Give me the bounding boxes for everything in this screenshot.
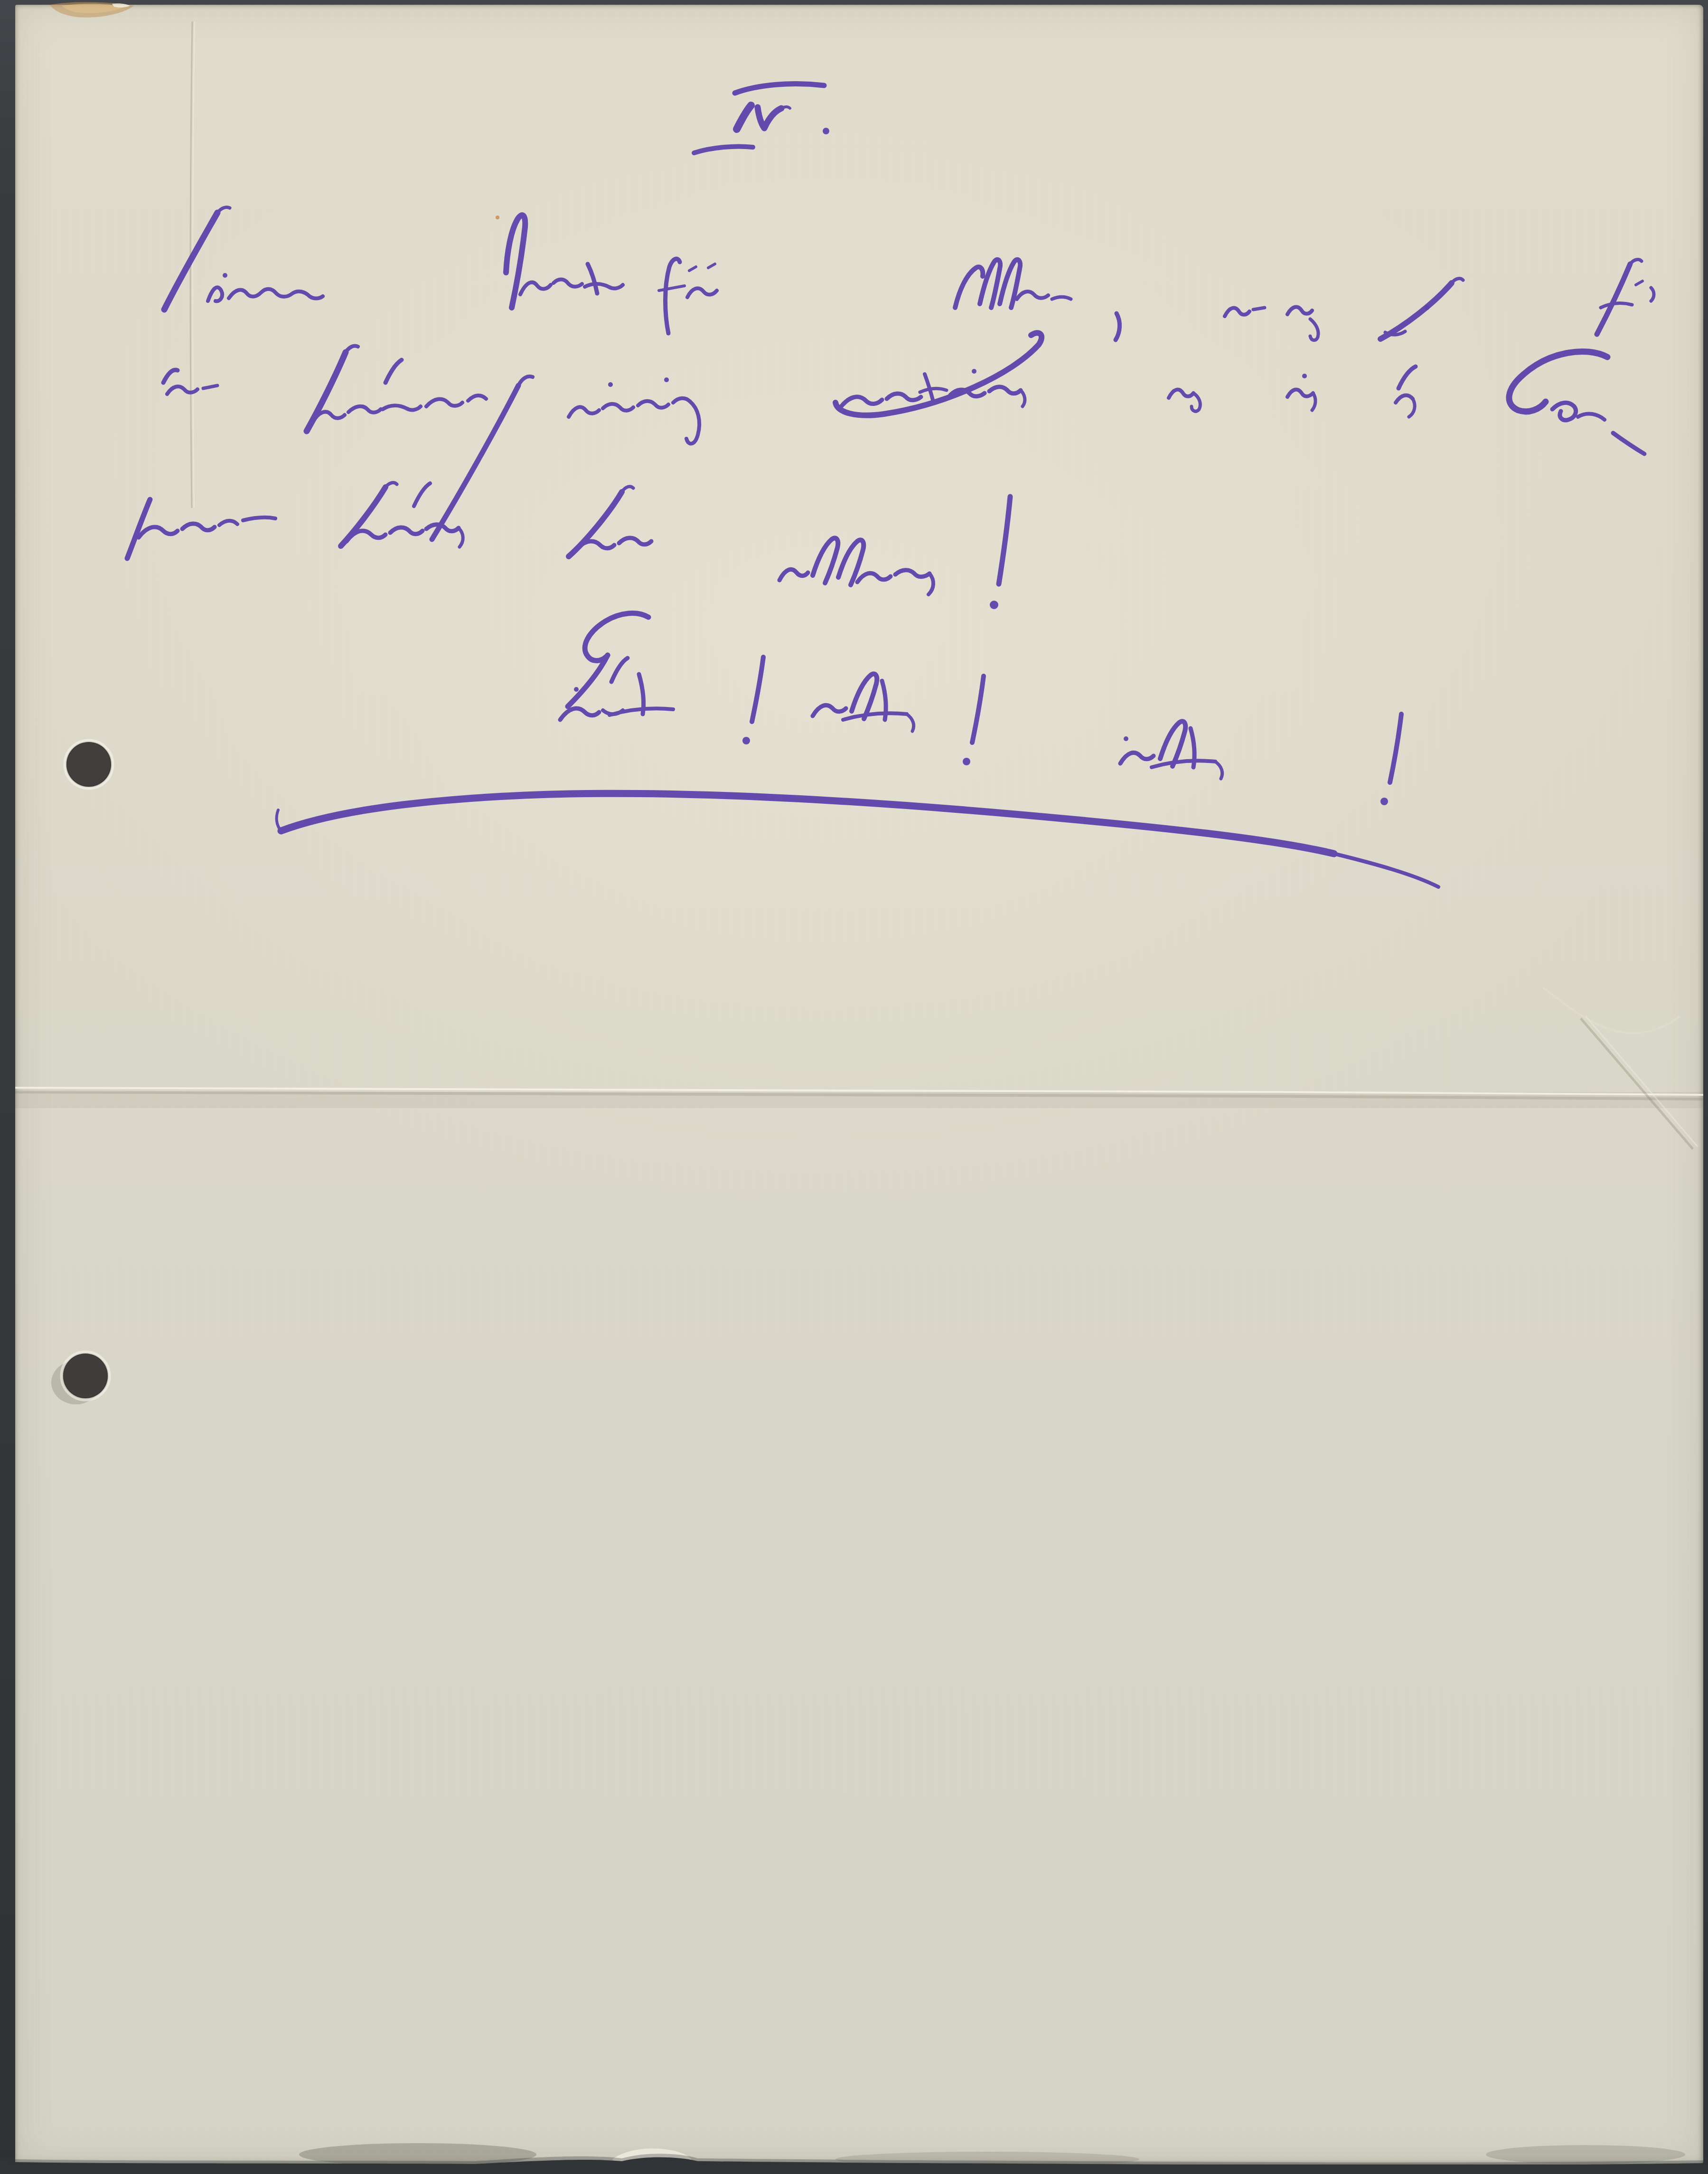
paper-sheet xyxy=(15,5,1703,2165)
scanned-letter-page: IV. Vielen Dank für Alles, was Sie für d… xyxy=(0,0,1708,2174)
